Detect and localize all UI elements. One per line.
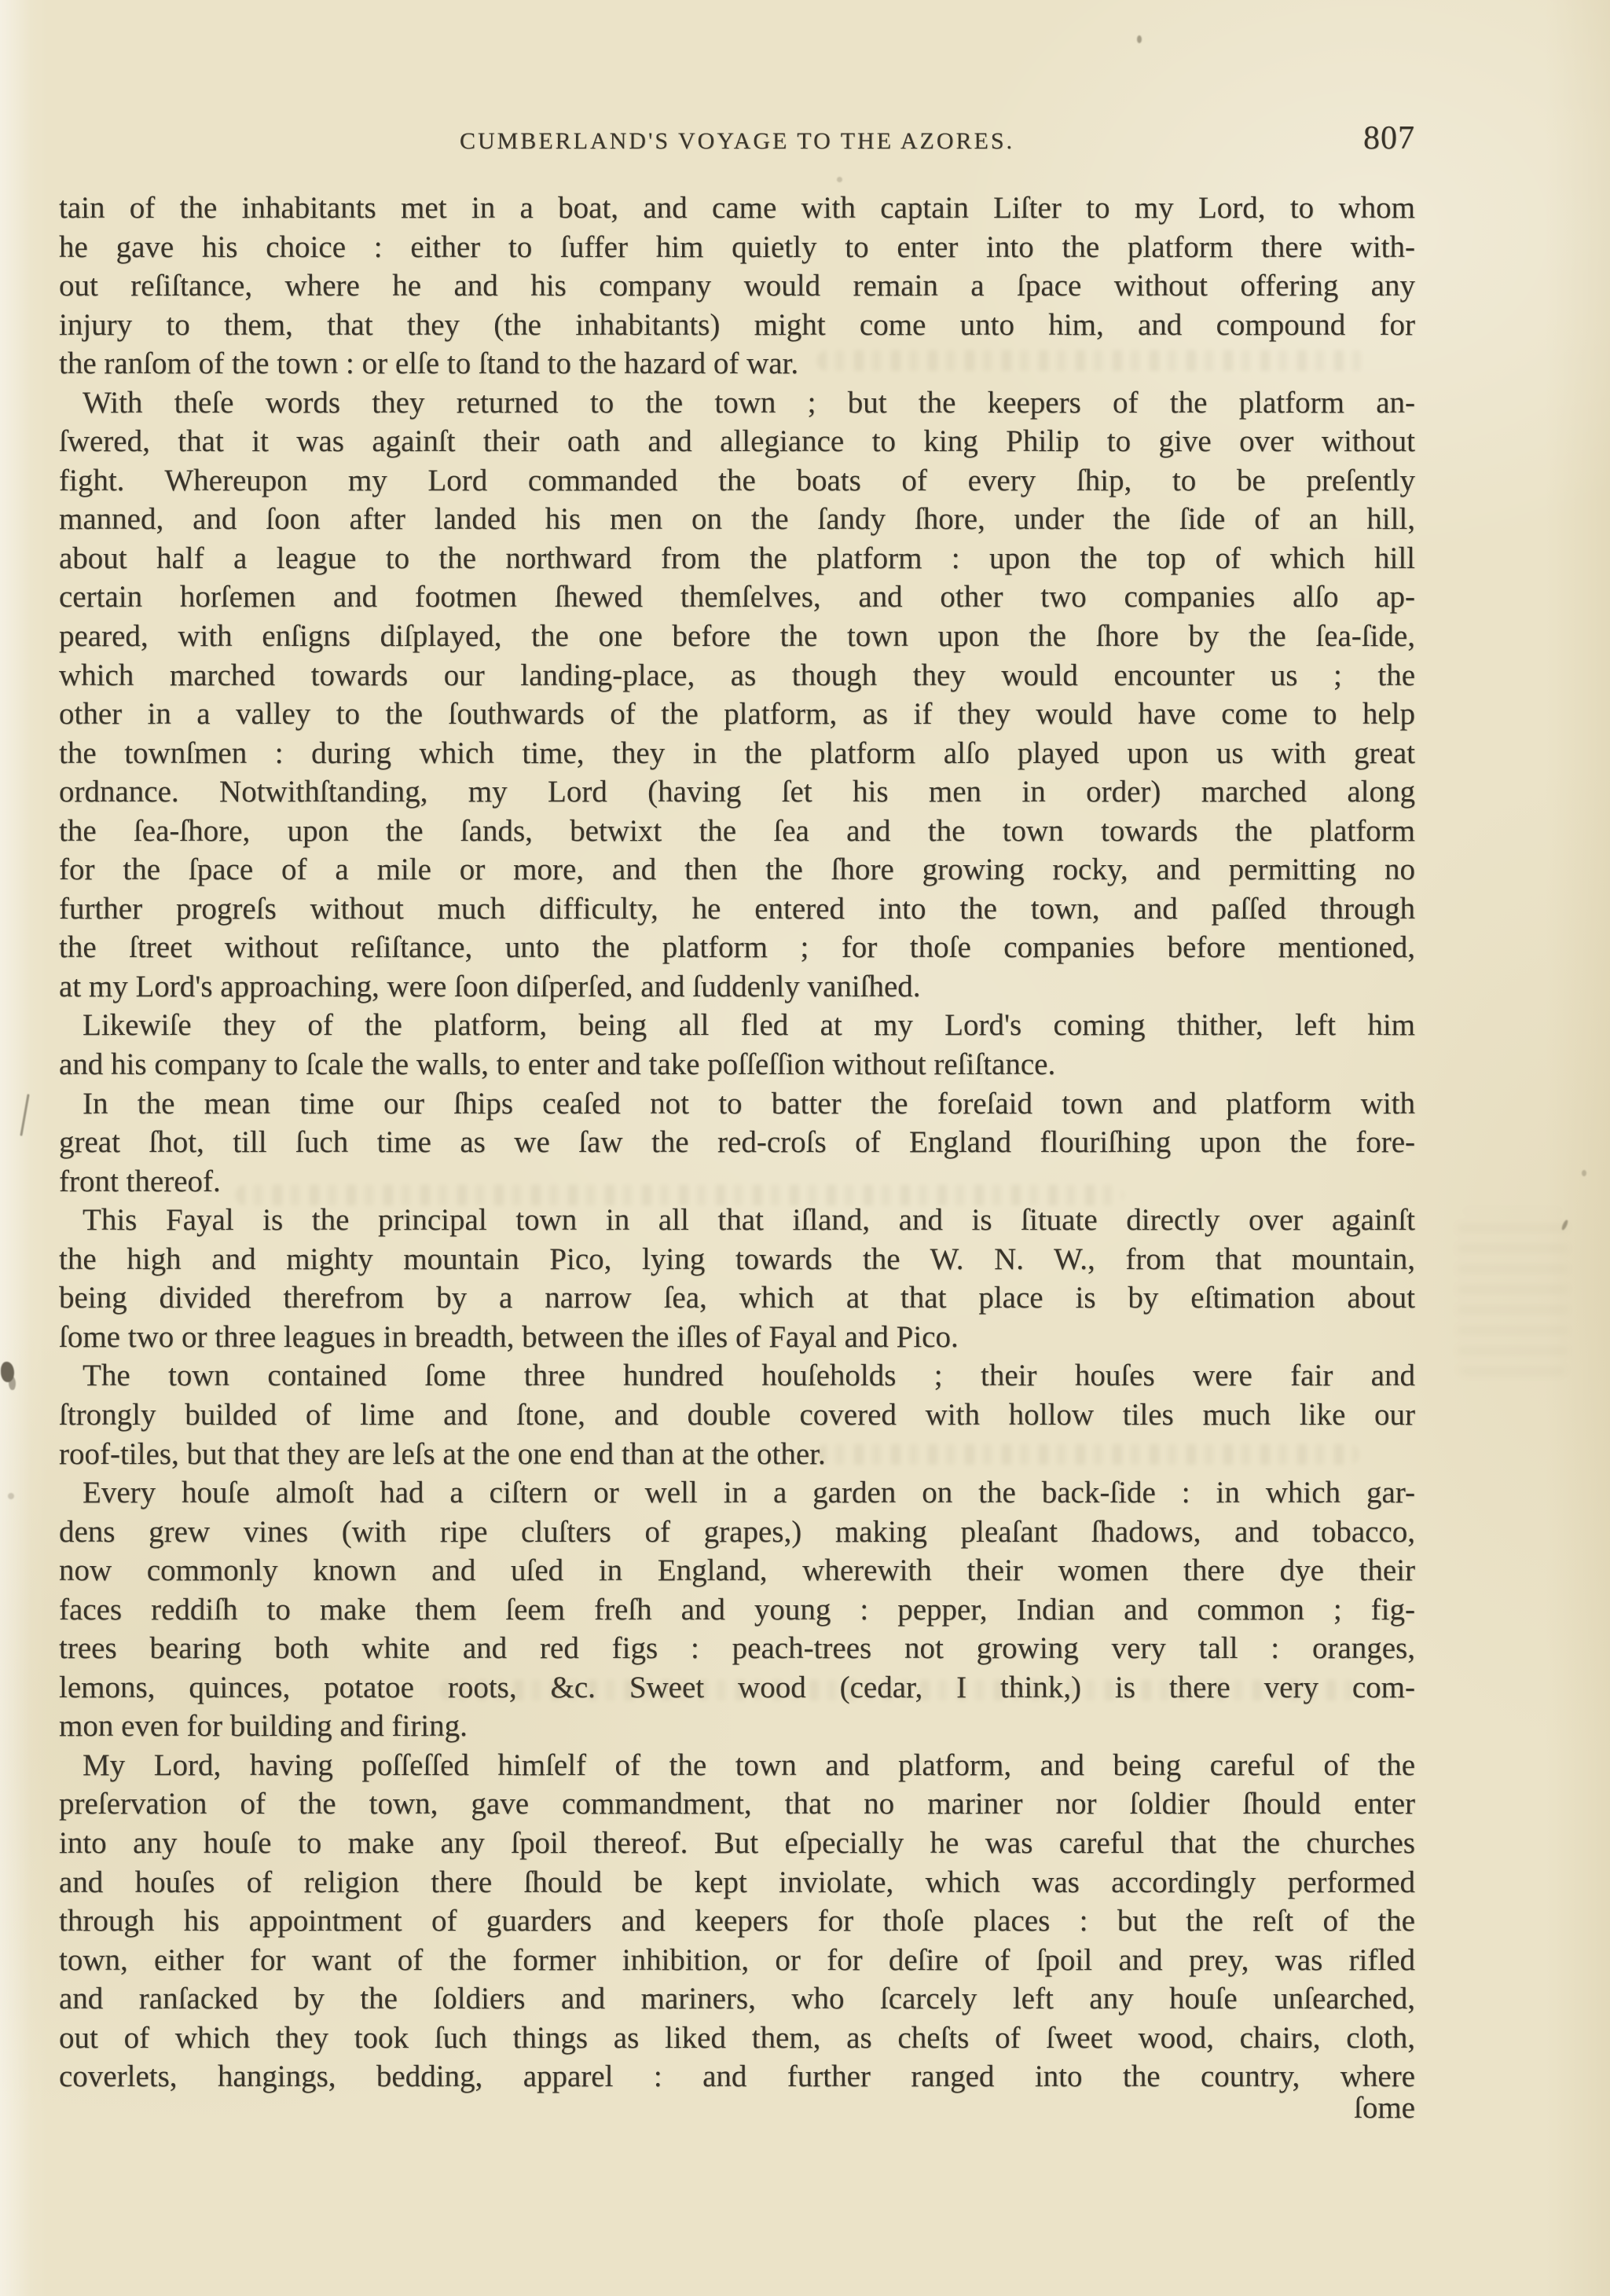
paper-speck [1582, 1170, 1586, 1176]
text-line: through his appointment of guarders and … [59, 1902, 1415, 1941]
text-line: the townſmen : during which time, they i… [59, 734, 1415, 773]
paper-speck [837, 177, 842, 182]
text-line: Every houſe almoſt had a ciſtern or well… [59, 1473, 1415, 1513]
text-line: dens grew vines (with ripe cluſters of g… [59, 1513, 1415, 1552]
text-line: out of which they took ſuch things as li… [59, 2019, 1415, 2058]
text-line: for the ſpace of a mile or more, and the… [59, 850, 1415, 889]
text-line: about half a league to the northward fro… [59, 539, 1415, 578]
text-line: mon even for building and firing. [59, 1707, 1415, 1746]
text-line: faces reddiſh to make them ſeem freſh an… [59, 1590, 1415, 1630]
text-line: and houſes of religion there ſhould be k… [59, 1863, 1415, 1902]
text-line: ſwered, that it was againſt their oath a… [59, 422, 1415, 461]
text-line: and his company to ſcale the walls, to e… [59, 1045, 1415, 1084]
text-line: trees bearing both white and red figs : … [59, 1629, 1415, 1668]
text-line: which marched towards our landing-place,… [59, 656, 1415, 695]
show-through-smudge [236, 1185, 1124, 1205]
text-line: great ſhot, till ſuch time as we ſaw the… [59, 1123, 1415, 1162]
text-line: out reſiſtance, where he and his company… [59, 266, 1415, 306]
text-line: the high and mighty mountain Pico, lying… [59, 1240, 1415, 1279]
text-line: manned, and ſoon after landed his men on… [59, 500, 1415, 539]
show-through-smudge [817, 1444, 1359, 1465]
page-header: CUMBERLAND'S VOYAGE TO THE AZORES. 807 [59, 124, 1415, 163]
running-title: CUMBERLAND'S VOYAGE TO THE AZORES. [460, 124, 1014, 159]
text-line: In the mean time our ſhips ceaſed not to… [59, 1084, 1415, 1124]
text-line: injury to them, that they (the inhabitan… [59, 306, 1415, 345]
text-line: fight. Whereupon my Lord commanded the b… [59, 461, 1415, 501]
text-line: certain horſemen and footmen ſhewed them… [59, 578, 1415, 617]
text-line: into any houſe to make any ſpoil thereof… [59, 1824, 1415, 1863]
text-block: tain of the inhabitants met in a boat, a… [59, 189, 1415, 2096]
text-line: being divided therefrom by a narrow ſea,… [59, 1278, 1415, 1318]
text-line: ordnance. Notwithſtanding, my Lord (havi… [59, 772, 1415, 812]
show-through-smudge [440, 1680, 1359, 1700]
text-line: further progreſs without much difficulty… [59, 889, 1415, 929]
paper-speck [1137, 35, 1142, 43]
book-page-scan: { "page": { "header": { "title": "CUMBER… [0, 0, 1610, 2296]
text-line: preſervation of the town, gave commandme… [59, 1784, 1415, 1824]
text-line: at my Lord's approaching, were ſoon diſp… [59, 967, 1415, 1007]
text-line: ſtrongly builded of lime and ſtone, and … [59, 1396, 1415, 1435]
text-line: the ſtreet without reſiſtance, unto the … [59, 928, 1415, 967]
text-line: tain of the inhabitants met in a boat, a… [59, 189, 1415, 228]
text-line: The town contained ſome three hundred ho… [59, 1356, 1415, 1396]
text-line: This Fayal is the principal town in all … [59, 1201, 1415, 1240]
text-line: he gave his choice : either to ſuffer hi… [59, 228, 1415, 267]
text-line: now commonly known and uſed in England, … [59, 1551, 1415, 1590]
paper-speck [8, 1493, 14, 1499]
text-line: peared, with enſigns diſplayed, the one … [59, 617, 1415, 656]
margin-ink-mark [1, 1362, 14, 1382]
text-line: Likewiſe they of the platform, being all… [59, 1006, 1415, 1045]
text-line: My Lord, having poſſeſſed himſelf of the… [59, 1746, 1415, 1785]
page-number: 807 [1363, 119, 1415, 157]
text-line: ſome two or three leagues in breadth, be… [59, 1318, 1415, 1357]
text-line: With theſe words they returned to the to… [59, 383, 1415, 423]
text-line: other in a valley to the ſouthwards of t… [59, 695, 1415, 734]
catchword: ſome [59, 2089, 1415, 2127]
page-edge-highlight [0, 0, 31, 2296]
show-through-smudge [1458, 1210, 1568, 1375]
text-line: and ranſacked by the ſoldiers and marine… [59, 1979, 1415, 2019]
text-line: town, either for want of the former inhi… [59, 1941, 1415, 1980]
show-through-smudge [817, 350, 1367, 371]
text-line: the ſea-ſhore, upon the ſands, betwixt t… [59, 812, 1415, 851]
